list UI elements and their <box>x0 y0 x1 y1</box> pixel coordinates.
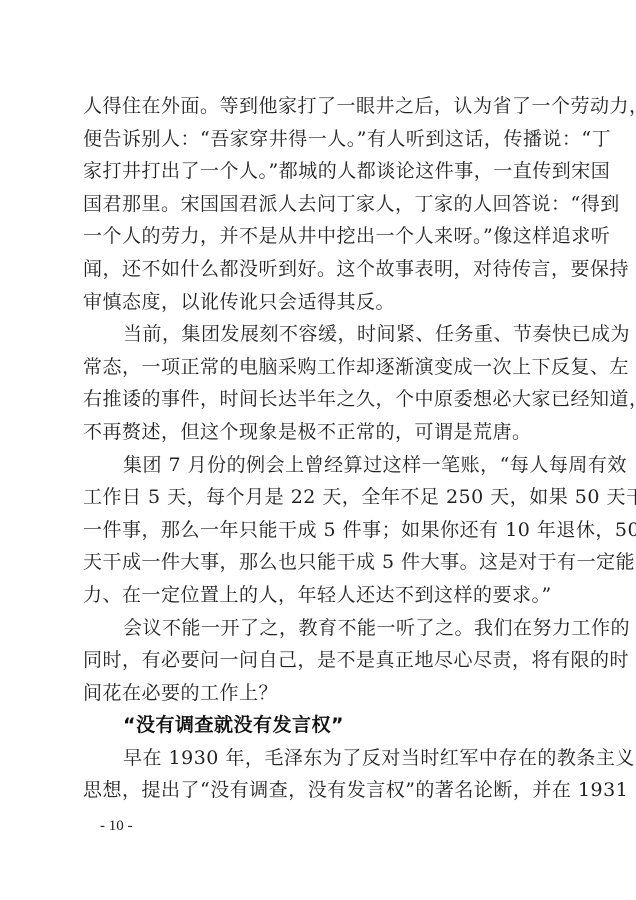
text-line: 便告诉别人：“吾家穿井得一人。”有人听到这话，传播说：“丁 <box>83 123 557 156</box>
text-line: 审慎态度，以讹传讹只会适得其反。 <box>83 286 557 319</box>
body-text: 人得住在外面。等到他家打了一眼井之后，认为省了一个劳动力， 便告诉别人：“吾家穿… <box>83 90 557 807</box>
text-line: 间花在必要的工作上？ <box>83 677 557 710</box>
text-line: 一件事，那么一年只能干成 5 件事；如果你还有 10 年退休，500 <box>83 514 557 547</box>
text-line: 工作日 5 天，每个月是 22 天，全年不足 250 天，如果 50 天干成 <box>83 481 557 514</box>
text-line: 一个人的劳力，并不是从井中挖出一个人来呀。”像这样追求听 <box>83 220 557 253</box>
text-line: 思想，提出了“没有调查，没有发言权”的著名论断，并在 1931 <box>83 774 557 807</box>
paragraph-well-story: 人得住在外面。等到他家打了一眼井之后，认为省了一个劳动力， 便告诉别人：“吾家穿… <box>83 90 557 318</box>
paragraph-meeting: 会议不能一开了之，教育不能一听了之。我们在努力工作的 同时，有必要问一问自己，是… <box>83 612 557 710</box>
document-page: 人得住在外面。等到他家打了一眼井之后，认为省了一个劳动力， 便告诉别人：“吾家穿… <box>0 0 636 900</box>
paragraph-calculation: 集团 7 月份的例会上曾经算过这样一笔账，“每人每周有效 工作日 5 天，每个月… <box>83 449 557 612</box>
text-line: 天干成一件大事，那么也只能干成 5 件大事。这是对于有一定能 <box>83 546 557 579</box>
paragraph-investigation: 早在 1930 年，毛泽东为了反对当时红军中存在的教条主义 思想，提出了“没有调… <box>83 742 557 807</box>
page-number: - 10 - <box>100 818 133 835</box>
paragraph-procurement: 当前，集团发展刻不容缓，时间紧、任务重、节奏快已成为 常态，一项正常的电脑采购工… <box>83 318 557 448</box>
text-line: 家打井打出了一个人。”都城的人都谈论这件事，一直传到宋国 <box>83 155 557 188</box>
text-line: 同时，有必要问一问自己，是不是真正地尽心尽责，将有限的时 <box>83 644 557 677</box>
text-line: 国君那里。宋国国君派人去问丁家人，丁家的人回答说：“得到 <box>83 188 557 221</box>
text-line: 闻，还不如什么都没听到好。这个故事表明，对待传言，要保持 <box>83 253 557 286</box>
text-line: 人得住在外面。等到他家打了一眼井之后，认为省了一个劳动力， <box>83 90 557 123</box>
text-line: 力、在一定位置上的人，年轻人还达不到这样的要求。” <box>83 579 557 612</box>
section-heading: “没有调查就没有发言权” <box>83 709 557 742</box>
text-line: 不再赘述，但这个现象是极不正常的，可谓是荒唐。 <box>83 416 557 449</box>
text-line: 当前，集团发展刻不容缓，时间紧、任务重、节奏快已成为 <box>83 318 557 351</box>
text-line: 会议不能一开了之，教育不能一听了之。我们在努力工作的 <box>83 612 557 645</box>
text-line: 常态，一项正常的电脑采购工作却逐渐演变成一次上下反复、左 <box>83 351 557 384</box>
text-line: 右推诿的事件，时间长达半年之久，个中原委想必大家已经知道， <box>83 383 557 416</box>
text-line: 集团 7 月份的例会上曾经算过这样一笔账，“每人每周有效 <box>83 449 557 482</box>
text-line: 早在 1930 年，毛泽东为了反对当时红军中存在的教条主义 <box>83 742 557 775</box>
